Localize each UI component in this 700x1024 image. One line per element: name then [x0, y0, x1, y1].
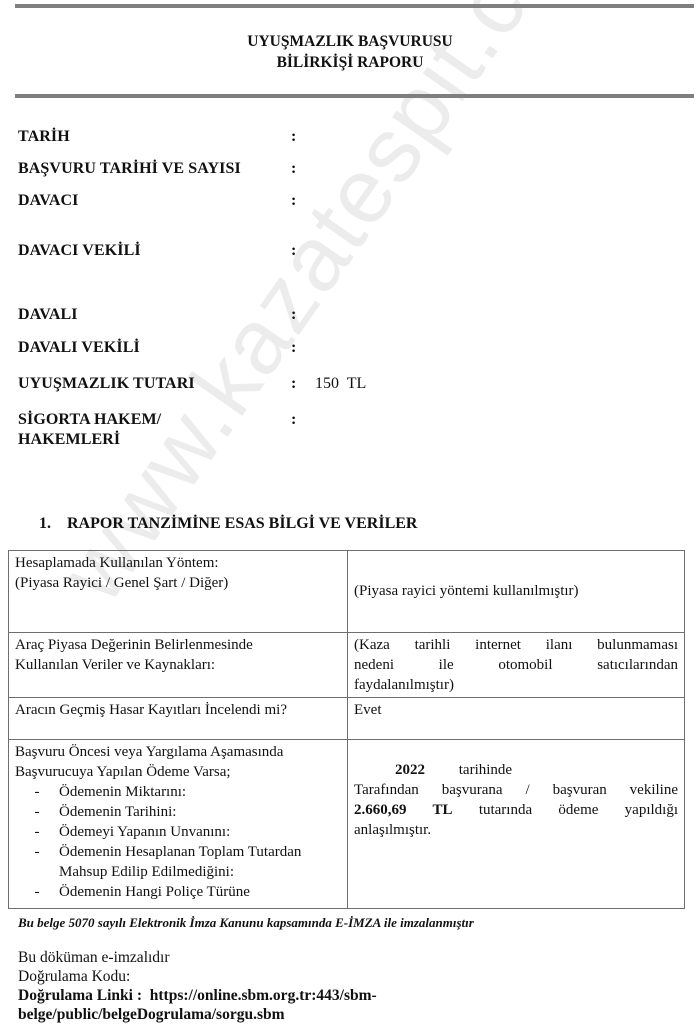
field-colon: :	[291, 159, 296, 179]
field-label: DAVALI	[18, 305, 288, 325]
row-label-line: Başvuru Öncesi veya Yargılama Aşamasında	[15, 742, 341, 762]
payment-amount: 2.660,69 TL	[354, 802, 453, 818]
bullet-item: - Ödemenin Hesaplanan Toplam Tutardan Ma…	[15, 842, 341, 882]
row-label-line: Araç Piyasa Değerinin Belirlenmesinde	[15, 635, 341, 655]
row-label-line: (Piyasa Rayici / Genel Şart / Diğer)	[15, 573, 341, 593]
verification-link-continued[interactable]: belge/public/belgeDogrulama/sorgu.sbm	[18, 1005, 377, 1024]
field-value: 150 TL	[315, 374, 366, 394]
row-label: Başvuru Öncesi veya Yargılama Aşamasında…	[9, 740, 348, 909]
field-label-line-2: HAKEMLERİ	[18, 431, 120, 448]
row-value-line: nedeni ile otomobil satıcılarından	[354, 655, 678, 675]
verification-link-line: Doğrulama Linki : https://online.sbm.org…	[18, 986, 377, 1005]
table-row: Aracın Geçmiş Hasar Kayıtları İncelendi …	[9, 698, 685, 740]
row-label-line: Hesaplamada Kullanılan Yöntem:	[15, 553, 341, 573]
bullet-dash: -	[15, 802, 59, 822]
payment-amount-suffix: tutarında ödeme yapıldığı	[479, 802, 678, 818]
payment-date-suffix: tarihinde	[459, 762, 512, 778]
table-row: Araç Piyasa Değerinin Belirlenmesinde Ku…	[9, 633, 685, 698]
field-colon: :	[291, 374, 296, 394]
info-table: Hesaplamada Kullanılan Yöntem: (Piyasa R…	[8, 550, 685, 909]
section-title: RAPOR TANZİMİNE ESAS BİLGİ VE VERİLER	[67, 515, 417, 532]
title-line-2: BİLİRKİŞİ RAPORU	[0, 52, 700, 73]
payment-details: 2022 tarihinde Tarafından başvurana / ba…	[348, 740, 685, 909]
row-label-line: Başvurucuya Yapılan Ödeme Varsa;	[15, 762, 341, 782]
payment-payer-line: Tarafından başvurana / başvuran vekiline	[354, 780, 678, 800]
esign-statement: Bu döküman e-imzalıdır	[18, 948, 377, 967]
bullet-item: - Ödemeyi Yapanın Unvanını:	[15, 822, 341, 842]
bullet-item: - Ödemenin Miktarını:	[15, 782, 341, 802]
row-value-line: faydalanılmıştır)	[354, 675, 678, 695]
table-row: Hesaplamada Kullanılan Yöntem: (Piyasa R…	[9, 551, 685, 633]
row-label: Aracın Geçmiş Hasar Kayıtları İncelendi …	[9, 698, 348, 740]
footer: Bu döküman e-imzalıdır Doğrulama Kodu: D…	[18, 948, 377, 1024]
payment-conclusion: anlaşılmıştır.	[354, 820, 678, 840]
top-rule	[15, 4, 694, 8]
row-value: (Piyasa rayici yöntemi kullanılmıştır)	[348, 551, 685, 633]
field-label: DAVALI VEKİLİ	[18, 338, 288, 358]
bullet-dash: -	[15, 842, 59, 882]
row-value: (Kaza tarihli internet ilanı bulunmaması…	[348, 633, 685, 698]
payment-year: 2022	[395, 762, 425, 778]
document-title: UYUŞMAZLIK BAŞVURUSU BİLİRKİŞİ RAPORU	[0, 31, 700, 73]
row-label: Araç Piyasa Değerinin Belirlenmesinde Ku…	[9, 633, 348, 698]
field-colon: :	[291, 410, 296, 430]
field-label: BAŞVURU TARİHİ VE SAYISI	[18, 159, 288, 179]
field-colon: :	[291, 191, 296, 211]
row-value: Evet	[348, 698, 685, 740]
payment-amount-line: 2.660,69 TL tutarında ödeme yapıldığı	[354, 800, 678, 820]
verification-code-label: Doğrulama Kodu:	[18, 967, 377, 986]
field-label: DAVACI VEKİLİ	[18, 241, 288, 261]
row-label: Hesaplamada Kullanılan Yöntem: (Piyasa R…	[9, 551, 348, 633]
field-colon: :	[291, 338, 296, 358]
field-colon: :	[291, 305, 296, 325]
field-label: UYUŞMAZLIK TUTARI	[18, 374, 288, 394]
verification-link[interactable]: https://online.sbm.org.tr:443/sbm-	[150, 987, 377, 1004]
verification-link-label: Doğrulama Linki :	[18, 987, 142, 1004]
bullet-text: Ödemenin Miktarını:	[59, 782, 341, 802]
bullet-dash: -	[15, 822, 59, 842]
field-label-line-1: SİGORTA HAKEM/	[18, 411, 161, 428]
bullet-item: - Ödemenin Tarihini:	[15, 802, 341, 822]
field-colon: :	[291, 127, 296, 147]
section-heading: 1. RAPOR TANZİMİNE ESAS BİLGİ VE VERİLER	[39, 514, 417, 534]
field-label: SİGORTA HAKEM/ HAKEMLERİ	[18, 410, 288, 450]
row-label-line: Kullanılan Veriler ve Kaynakları:	[15, 655, 341, 675]
field-label: TARİH	[18, 127, 288, 147]
payment-date-line: 2022 tarihinde	[354, 760, 678, 780]
bullet-dash: -	[15, 782, 59, 802]
title-line-1: UYUŞMAZLIK BAŞVURUSU	[0, 31, 700, 52]
field-colon: :	[291, 241, 296, 261]
bullet-text: Ödemenin Tarihini:	[59, 802, 341, 822]
bottom-rule	[15, 94, 694, 98]
table-row: Başvuru Öncesi veya Yargılama Aşamasında…	[9, 740, 685, 909]
bullet-dash: -	[15, 882, 59, 902]
field-label: DAVACI	[18, 191, 288, 211]
bullet-text: Ödemeyi Yapanın Unvanını:	[59, 822, 341, 842]
bullet-text: Ödemenin Hangi Poliçe Türüne	[59, 882, 341, 902]
esign-note: Bu belge 5070 sayılı Elektronik İmza Kan…	[18, 914, 474, 932]
bullet-text: Ödemenin Hesaplanan Toplam Tutardan Mahs…	[59, 842, 341, 882]
section-number: 1.	[39, 514, 63, 534]
row-value-line: (Kaza tarihli internet ilanı bulunmaması	[354, 635, 678, 655]
bullet-item: - Ödemenin Hangi Poliçe Türüne	[15, 882, 341, 902]
row-label-line: Aracın Geçmiş Hasar Kayıtları İncelendi …	[15, 700, 341, 720]
